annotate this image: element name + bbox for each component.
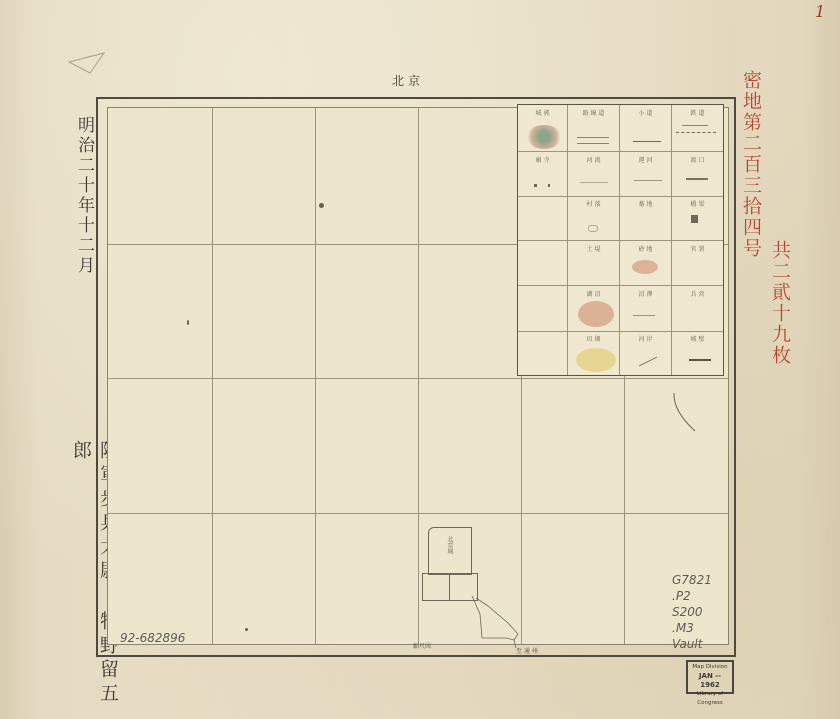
legend-symbol-rail [682, 125, 708, 126]
city-plan-inner: 北京城 [428, 527, 472, 575]
legend-swatch-field [576, 348, 616, 372]
legend-symbol-temple [534, 184, 537, 187]
legend-label: 土 堤 [568, 244, 619, 253]
legend-symbol-village [588, 225, 598, 232]
legend-label: 路 線 道 [568, 108, 619, 117]
sheet-count-inscription: 共二貮十九枚 [767, 240, 794, 366]
legend-label: 橋 梁 [672, 199, 723, 208]
legend-swatch-castle [526, 125, 562, 149]
legend-symbol-bank [638, 355, 658, 367]
ink-spot [245, 628, 248, 631]
legend-symbol-marsh [633, 315, 655, 316]
grid-line [108, 513, 728, 514]
grid-line [212, 108, 213, 644]
legend-line [518, 196, 723, 197]
legend-label: 運 河 [620, 155, 671, 164]
legend-symbol-wall [689, 359, 711, 361]
legend-label: 河 流 [568, 155, 619, 164]
page-number: 1 [815, 2, 825, 21]
ink-spot [187, 320, 189, 325]
grid-line [418, 108, 419, 644]
legend-label: 官 署 [672, 244, 723, 253]
legend-symbol-river [580, 182, 608, 183]
legend-symbol-path [633, 141, 661, 142]
legend-symbol-ferry [686, 178, 708, 180]
pencil-stroke [671, 391, 701, 436]
map-legend: 城 郭 路 線 道 小 道 鉄 道 廟 寺 河 流 運 河 渡 口 村 落 墓 … [517, 104, 724, 376]
grid-line [315, 108, 316, 644]
ink-spot [319, 203, 324, 208]
legend-line [518, 240, 723, 241]
legend-label: 田 畑 [568, 334, 619, 343]
legend-label: 城 壁 [672, 334, 723, 343]
legend-label: 兵 営 [672, 289, 723, 298]
route-line [468, 578, 538, 648]
call-number: G7821 .P2 S200 .M3 Vault [672, 572, 712, 652]
legend-label: 小 道 [620, 108, 671, 117]
legend-symbol-road [577, 137, 609, 138]
accession-number: 92-682896 [120, 631, 185, 645]
legend-label: 沼 澤 [620, 289, 671, 298]
legend-label: 鉄 道 [672, 108, 723, 117]
legend-line [518, 331, 723, 332]
legend-label: 村 落 [568, 199, 619, 208]
legend-label: 城 郭 [518, 108, 567, 117]
legend-symbol-canal [634, 180, 662, 181]
bottom-route-label: 至 通 州 [516, 646, 538, 655]
triangle-mark-icon [68, 52, 106, 74]
registry-inscription: 密地第二百三拾四号 [738, 70, 765, 259]
legend-label: 墓 地 [620, 199, 671, 208]
legend-swatch-sand [632, 260, 658, 274]
city-label: 北京城 [445, 536, 454, 554]
legend-label: 河 岸 [620, 334, 671, 343]
north-label: 北京 [392, 72, 424, 89]
legend-label: 渡 口 [672, 155, 723, 164]
legend-symbol-bridge [691, 215, 698, 223]
legend-label: 廟 寺 [518, 155, 567, 164]
legend-label: 湖 沼 [568, 289, 619, 298]
date-inscription: 明治二十年十二月 [72, 116, 97, 276]
library-stamp: Map Division JAN -- 1962 Library of Cong… [686, 660, 734, 694]
grid-line [108, 378, 728, 379]
legend-label: 砂 地 [620, 244, 671, 253]
legend-line [518, 151, 723, 152]
bottom-center-label: 縮尺図 [413, 641, 431, 650]
legend-line [518, 285, 723, 286]
legend-swatch-lake [578, 301, 614, 327]
